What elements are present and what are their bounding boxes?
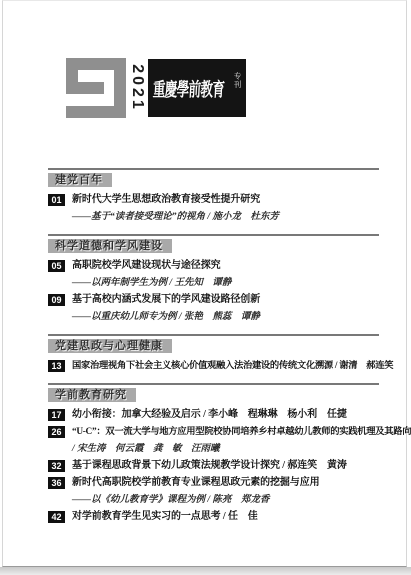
- entry-subtitle: ——以重庆幼儿师专为例 / 张艳 熊蕊 谭静: [72, 310, 379, 324]
- toc-entry: 09 基于高校内涵式发展下的学风建设路径创新: [48, 293, 379, 307]
- page-number-badge: 32: [48, 460, 65, 472]
- year-text: 2021: [128, 64, 146, 112]
- section-rule: [48, 383, 379, 385]
- issue-label: 专刊: [232, 72, 243, 89]
- toc-entry: 32 基于课程思政背景下幼儿政策法规教学设计探究 / 郝连笑 黄涛: [48, 459, 379, 473]
- page-number-badge: 17: [48, 409, 65, 421]
- journal-banner: 重慶學前教育 专刊: [148, 59, 246, 117]
- scanned-page-canvas: 2021 重慶學前教育 专刊 建党百年 01 新时代大学生思想政治教育接受性提升…: [0, 0, 411, 575]
- toc-section-party-centenary: 建党百年 01 新时代大学生思想政治教育接受性提升研究 ——基于“读者接受理论”…: [48, 168, 379, 224]
- page-number-badge: 26: [48, 426, 65, 438]
- page-bottom-shadow: [0, 567, 411, 575]
- toc-entry: 17 幼小衔接：加拿大经验及启示 / 李小峰 程琳琳 杨小利 任捷: [48, 408, 379, 422]
- section-title: 科学道德和学风建设: [48, 239, 172, 253]
- page-number-badge: 05: [48, 260, 65, 272]
- toc-entry: 26 “U-C”：双一流大学与地方应用型院校协同培养乡村卓越幼儿教师的实践机理及…: [48, 425, 379, 439]
- section-title: 建党百年: [48, 173, 112, 187]
- journal-title-calligraphy: 重慶學前教育: [152, 75, 225, 102]
- section-rule: [48, 168, 379, 170]
- toc-entry: 13 国家治理视角下社会主义核心价值观融入法治建设的传统文化溯源 / 谢清 郝连…: [48, 359, 379, 373]
- year-label: 2021: [126, 58, 148, 118]
- page-number-badge: 13: [48, 360, 65, 372]
- greek-key-logo-icon: [66, 58, 126, 118]
- entry-title: 国家治理视角下社会主义核心价值观融入法治建设的传统文化溯源 / 谢清 郝连笑: [72, 359, 393, 373]
- entry-title: 对学前教育学生见实习的一点思考 / 任 佳: [72, 510, 258, 524]
- toc-entry: 05 高职院校学风建设现状与途径探究: [48, 259, 379, 273]
- section-title: 学前教育研究: [48, 388, 136, 402]
- page-number-badge: 36: [48, 477, 65, 489]
- page-number-badge: 09: [48, 294, 65, 306]
- entry-title: 幼小衔接：加拿大经验及启示 / 李小峰 程琳琳 杨小利 任捷: [72, 408, 347, 422]
- toc-section-preschool-research: 学前教育研究 17 幼小衔接：加拿大经验及启示 / 李小峰 程琳琳 杨小利 任捷…: [48, 383, 379, 524]
- entry-subtitle: ——基于“读者接受理论”的视角 / 施小龙 杜东芳: [72, 210, 379, 224]
- entry-subtitle: ——以《幼儿教育学》课程为例 / 陈亮 郑龙香: [72, 493, 379, 507]
- section-rule: [48, 234, 379, 236]
- entry-subtitle: / 宋生涛 何云霞 龚 敏 汪雨曦: [72, 442, 379, 456]
- entry-title: 基于课程思政背景下幼儿政策法规教学设计探究 / 郝连笑 黄涛: [72, 459, 347, 473]
- toc-entry: 42 对学前教育学生见实习的一点思考 / 任 佳: [48, 510, 379, 524]
- page-number-badge: 42: [48, 511, 65, 523]
- masthead: 2021 重慶學前教育 专刊: [66, 58, 246, 118]
- section-title: 党建思政与心理健康: [48, 339, 172, 353]
- toc-entry: 01 新时代大学生思想政治教育接受性提升研究: [48, 193, 379, 207]
- entry-title: 高职院校学风建设现状与途径探究: [72, 259, 221, 273]
- toc-section-party-building: 党建思政与心理健康 13 国家治理视角下社会主义核心价值观融入法治建设的传统文化…: [48, 334, 379, 373]
- entry-title: 新时代大学生思想政治教育接受性提升研究: [72, 193, 260, 207]
- section-rule: [48, 334, 379, 336]
- entry-subtitle: ——以两年制学生为例 / 王先知 谭静: [72, 276, 379, 290]
- toc-section-academic-ethics: 科学道德和学风建设 05 高职院校学风建设现状与途径探究 ——以两年制学生为例 …: [48, 234, 379, 324]
- page-number-badge: 01: [48, 194, 65, 206]
- entry-title: 新时代高职院校学前教育专业课程思政元素的挖掘与应用: [72, 476, 320, 490]
- table-of-contents: 建党百年 01 新时代大学生思想政治教育接受性提升研究 ——基于“读者接受理论”…: [48, 168, 379, 534]
- journal-toc-page: 2021 重慶學前教育 专刊 建党百年 01 新时代大学生思想政治教育接受性提升…: [2, 0, 407, 567]
- entry-title: “U-C”：双一流大学与地方应用型院校协同培养乡村卓越幼儿教师的实践机理及其路向: [72, 425, 411, 439]
- toc-entry: 36 新时代高职院校学前教育专业课程思政元素的挖掘与应用: [48, 476, 379, 490]
- entry-title: 基于高校内涵式发展下的学风建设路径创新: [72, 293, 260, 307]
